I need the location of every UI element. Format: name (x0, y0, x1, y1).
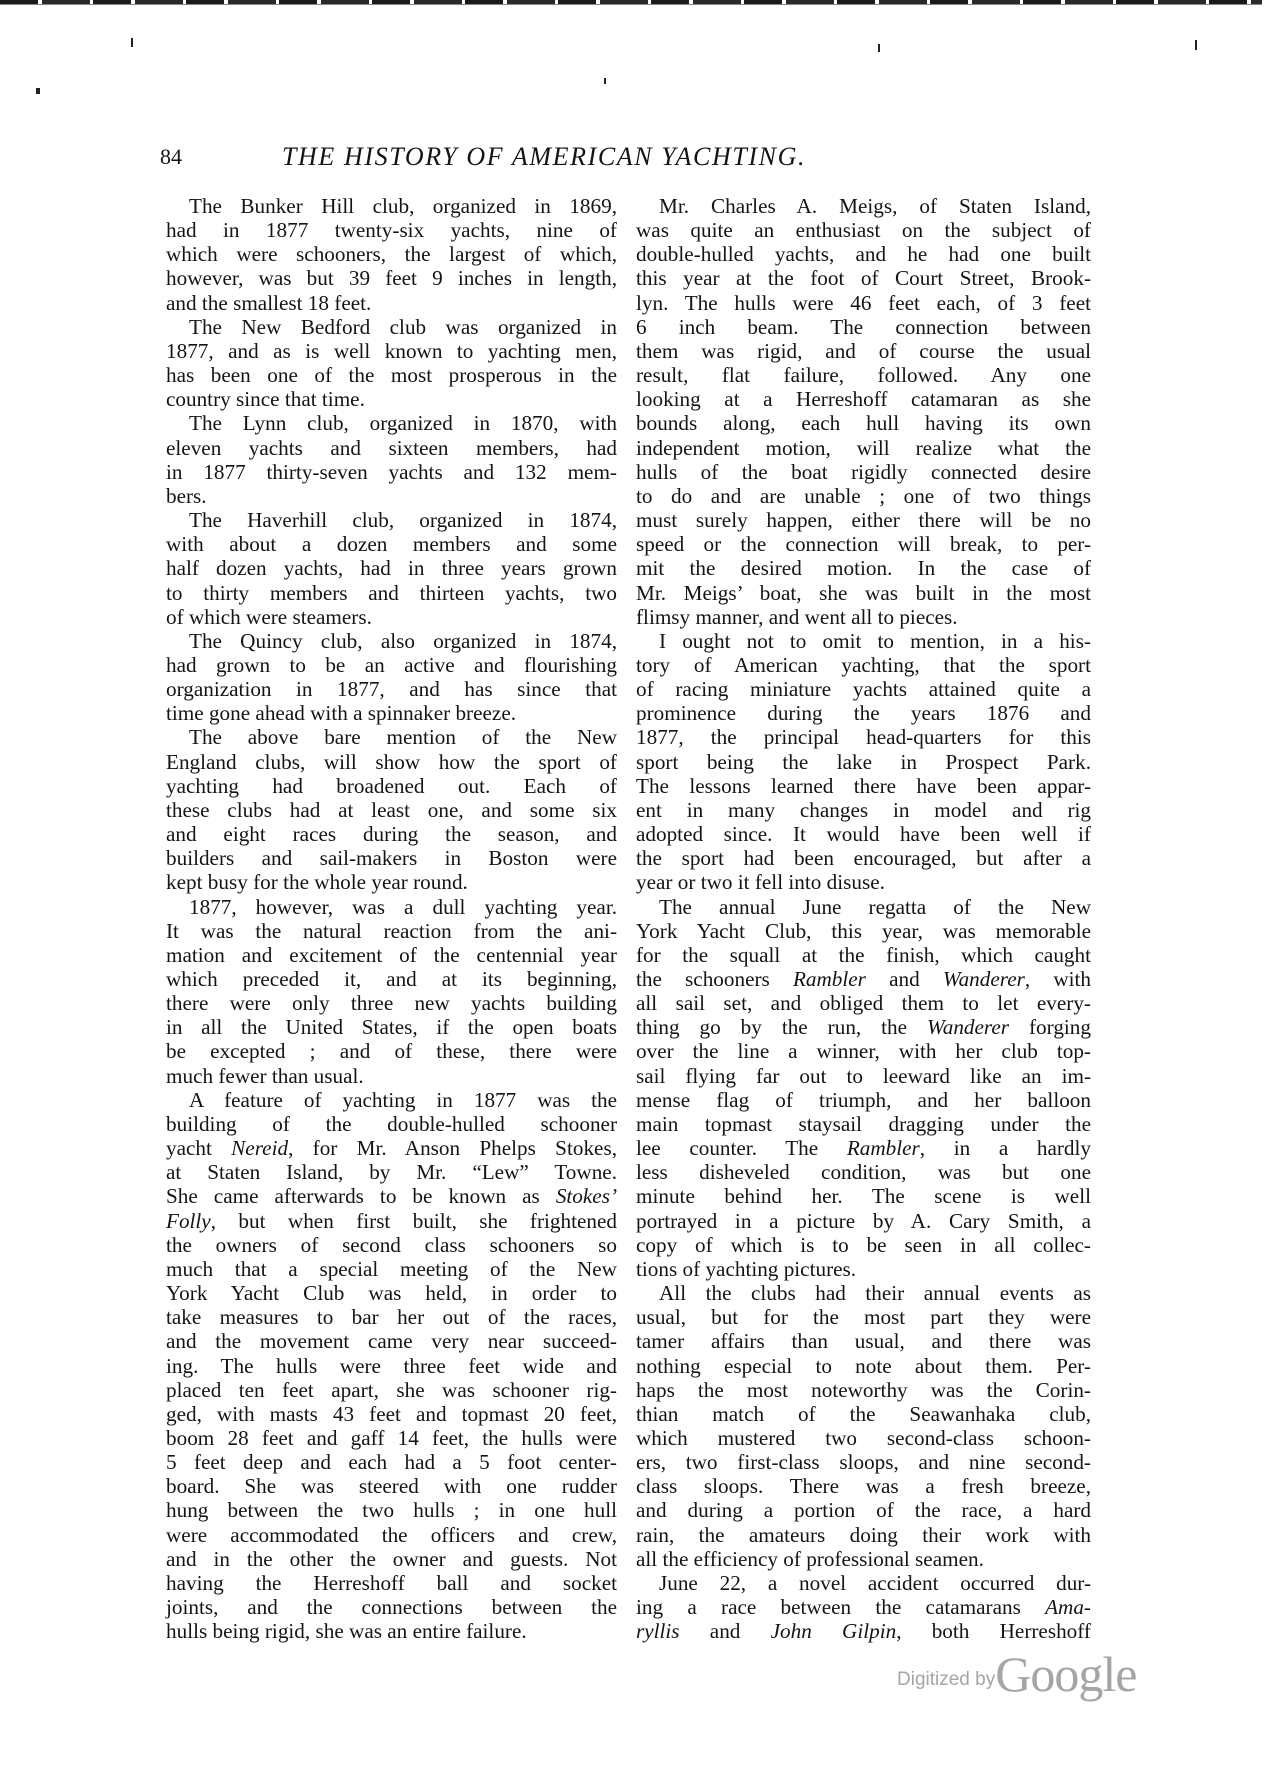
text-line: ing a race between the catamarans Ama- (636, 1595, 1091, 1619)
paragraph: The above bare mention of the NewEngland… (166, 725, 617, 894)
text-line: which mustered two second-class schoon- (636, 1426, 1091, 1450)
italic-vessel-name: Stokes’ (556, 1184, 617, 1208)
text-line: thing go by the run, the Wanderer forgin… (636, 1015, 1091, 1039)
text-line: minute behind her. The scene is well (636, 1184, 1091, 1208)
paragraph: June 22, a novel accident occurred dur-i… (636, 1571, 1091, 1643)
text-line: rain, the amateurs doing their work with (636, 1523, 1091, 1547)
text-line: boom 28 feet and gaff 14 feet, the hulls… (166, 1426, 617, 1450)
text-line: lyn. The hulls were 46 feet each, of 3 f… (636, 291, 1091, 315)
scan-speck (36, 88, 40, 94)
text-line: The Haverhill club, organized in 1874, (166, 508, 617, 532)
text-line: flimsy manner, and went all to pieces. (636, 605, 1091, 629)
digitized-by-google-watermark: Digitized byGoogle (897, 1645, 1136, 1703)
text-line: It was the natural reaction from the ani… (166, 919, 617, 943)
paragraph: The Lynn club, organized in 1870, withel… (166, 411, 617, 508)
text-line: sport being the lake in Prospect Park. (636, 750, 1091, 774)
text-line: June 22, a novel accident occurred dur- (636, 1571, 1091, 1595)
text-line: independent motion, will realize what th… (636, 436, 1091, 460)
paragraph: 1877, however, was a dull yachting year.… (166, 895, 617, 1088)
page-number: 84 (160, 144, 182, 170)
text-line: yacht Nereid, for Mr. Anson Phelps Stoke… (166, 1136, 617, 1160)
paragraph: The annual June regatta of the NewYork Y… (636, 895, 1091, 1282)
text-line: however, was but 39 feet 9 inches in len… (166, 266, 617, 290)
text-line: thian match of the Seawanhaka club, (636, 1402, 1091, 1426)
text-line: of which were steamers. (166, 605, 617, 629)
text-line: kept busy for the whole year round. (166, 870, 617, 894)
text-line: which were schooners, the largest of whi… (166, 242, 617, 266)
text-line: to do and are unable ; one of two things (636, 484, 1091, 508)
watermark-prefix: Digitized by (897, 1669, 995, 1690)
italic-vessel-name: Rambler (847, 1136, 920, 1160)
text-line: haps the most noteworthy was the Corin- (636, 1378, 1091, 1402)
text-line: and in the other the owner and guests. N… (166, 1547, 617, 1571)
text-line: tions of yachting pictures. (636, 1257, 1091, 1281)
text-line: the sport had been encouraged, but after… (636, 846, 1091, 870)
text-line: double-hulled yachts, and he had one bui… (636, 242, 1091, 266)
text-line: had grown to be an active and flourishin… (166, 653, 617, 677)
text-line: The lessons learned there have been appa… (636, 774, 1091, 798)
scan-top-edge-line (0, 4, 1262, 5)
paragraph: The Bunker Hill club, organized in 1869,… (166, 194, 617, 315)
paragraph: The Haverhill club, organized in 1874,wi… (166, 508, 617, 629)
text-line: hulls being rigid, she was an entire fai… (166, 1619, 617, 1643)
text-line: having the Herreshoff ball and socket (166, 1571, 617, 1595)
text-line: of racing miniature yachts attained quit… (636, 677, 1091, 701)
text-line: sail flying far out to leeward like an i… (636, 1064, 1091, 1088)
text-line: all sail set, and obliged them to let ev… (636, 991, 1091, 1015)
text-line: York Yacht Club, this year, was memorabl… (636, 919, 1091, 943)
text-line: over the line a winner, with her club to… (636, 1039, 1091, 1063)
text-line: in all the United States, if the open bo… (166, 1015, 617, 1039)
text-line: The Bunker Hill club, organized in 1869, (166, 194, 617, 218)
text-line: builders and sail-makers in Boston were (166, 846, 617, 870)
text-line: mation and excitement of the centennial … (166, 943, 617, 967)
text-line: 1877, the principal head-quarters for th… (636, 725, 1091, 749)
italic-vessel-name: John Gilpin (771, 1619, 897, 1643)
italic-vessel-name: ryllis (636, 1619, 680, 1643)
text-line: and during a portion of the race, a hard (636, 1498, 1091, 1522)
text-line: must surely happen, either there will be… (636, 508, 1091, 532)
text-line: copy of which is to be seen in all colle… (636, 1233, 1091, 1257)
text-line: The Lynn club, organized in 1870, with (166, 411, 617, 435)
text-line: ers, two first-class sloops, and nine se… (636, 1450, 1091, 1474)
paragraph: All the clubs had their annual events as… (636, 1281, 1091, 1571)
text-line: usual, but for the most part they were (636, 1305, 1091, 1329)
text-line: organization in 1877, and has since that (166, 677, 617, 701)
text-line: bounds along, each hull having its own (636, 411, 1091, 435)
text-line: 5 feet deep and each had a 5 foot center… (166, 1450, 617, 1474)
text-line: there were only three new yachts buildin… (166, 991, 617, 1015)
text-line: these clubs had at least one, and some s… (166, 798, 617, 822)
text-line: A feature of yachting in 1877 was the (166, 1088, 617, 1112)
text-line: has been one of the most prosperous in t… (166, 363, 617, 387)
text-line: looking at a Herreshoff catamaran as she (636, 387, 1091, 411)
text-line: time gone ahead with a spinnaker breeze. (166, 701, 617, 725)
text-line: bers. (166, 484, 617, 508)
text-line: Folly, but when first built, she frighte… (166, 1209, 617, 1233)
text-line: The annual June regatta of the New (636, 895, 1091, 919)
text-line: ged, with masts 43 feet and topmast 20 f… (166, 1402, 617, 1426)
text-line: and the movement came very near succeed- (166, 1329, 617, 1353)
text-line: I ought not to omit to mention, in a his… (636, 629, 1091, 653)
italic-vessel-name: Nereid (231, 1136, 288, 1160)
text-line: country since that time. (166, 387, 617, 411)
paragraph: A feature of yachting in 1877 was thebui… (166, 1088, 617, 1644)
text-line: 6 inch beam. The connection between (636, 315, 1091, 339)
text-line: speed or the connection will break, to p… (636, 532, 1091, 556)
text-line: England clubs, will show how the sport o… (166, 750, 617, 774)
text-line: ing. The hulls were three feet wide and (166, 1354, 617, 1378)
italic-vessel-name: Wanderer (927, 1015, 1009, 1039)
text-line: ent in many changes in model and rig (636, 798, 1091, 822)
text-line: lee counter. The Rambler, in a hardly (636, 1136, 1091, 1160)
text-line: and eight races during the season, and (166, 822, 617, 846)
text-line: mit the desired motion. In the case of (636, 556, 1091, 580)
text-line: All the clubs had their annual events as (636, 1281, 1091, 1305)
italic-vessel-name: Ama- (1045, 1595, 1091, 1619)
left-column: The Bunker Hill club, organized in 1869,… (166, 194, 617, 1643)
paragraph: The New Bedford club was organized in187… (166, 315, 617, 412)
text-line: was quite an enthusiast on the subject o… (636, 218, 1091, 242)
text-line: ryllis and John Gilpin, both Herreshoff (636, 1619, 1091, 1643)
text-line: York Yacht Club was held, in order to (166, 1281, 617, 1305)
text-line: at Staten Island, by Mr. “Lew” Towne. (166, 1160, 617, 1184)
text-line: tamer affairs than usual, and there was (636, 1329, 1091, 1353)
text-line: much that a special meeting of the New (166, 1257, 617, 1281)
text-line: The above bare mention of the New (166, 725, 617, 749)
text-line: 1877, however, was a dull yachting year. (166, 895, 617, 919)
text-line: mense flag of triumph, and her balloon (636, 1088, 1091, 1112)
scan-speck (604, 78, 606, 84)
text-line: this year at the foot of Court Street, B… (636, 266, 1091, 290)
text-line: portrayed in a picture by A. Cary Smith,… (636, 1209, 1091, 1233)
text-line: be excepted ; and of these, there were (166, 1039, 617, 1063)
text-line: much fewer than usual. (166, 1064, 617, 1088)
text-line: yachting had broadened out. Each of (166, 774, 617, 798)
italic-vessel-name: Rambler (793, 967, 866, 991)
text-line: the schooners Rambler and Wanderer, with (636, 967, 1091, 991)
text-line: which preceded it, and at its beginning, (166, 967, 617, 991)
text-line: them was rigid, and of course the usual (636, 339, 1091, 363)
text-line: hulls of the boat rigidly connected desi… (636, 460, 1091, 484)
text-line: had in 1877 twenty-six yachts, nine of (166, 218, 617, 242)
page-header: 84 THE HISTORY OF AMERICAN YACHTING. (0, 140, 1275, 180)
text-line: joints, and the connections between the (166, 1595, 617, 1619)
text-line: all the efficiency of professional seame… (636, 1547, 1091, 1571)
scan-speck (1195, 40, 1197, 50)
text-line: the owners of second class schooners so (166, 1233, 617, 1257)
text-line: for the squall at the finish, which caug… (636, 943, 1091, 967)
text-line: building of the double-hulled schooner (166, 1112, 617, 1136)
text-line: hung between the two hulls ; in one hull (166, 1498, 617, 1522)
text-line: in 1877 thirty-seven yachts and 132 mem- (166, 460, 617, 484)
scan-speck (131, 38, 133, 47)
text-line: The Quincy club, also organized in 1874, (166, 629, 617, 653)
text-line: with about a dozen members and some (166, 532, 617, 556)
text-line: eleven yachts and sixteen members, had (166, 436, 617, 460)
text-line: board. She was steered with one rudder (166, 1474, 617, 1498)
text-line: take measures to bar her out of the race… (166, 1305, 617, 1329)
text-line: tory of American yachting, that the spor… (636, 653, 1091, 677)
text-line: class sloops. There was a fresh breeze, (636, 1474, 1091, 1498)
text-line: placed ten feet apart, she was schooner … (166, 1378, 617, 1402)
right-column: Mr. Charles A. Meigs, of Staten Island,w… (636, 194, 1091, 1643)
paragraph: The Quincy club, also organized in 1874,… (166, 629, 617, 726)
text-line: The New Bedford club was organized in (166, 315, 617, 339)
google-logo: Google (995, 1646, 1136, 1702)
text-line: Mr. Charles A. Meigs, of Staten Island, (636, 194, 1091, 218)
text-line: to thirty members and thirteen yachts, t… (166, 581, 617, 605)
paragraph: I ought not to omit to mention, in a his… (636, 629, 1091, 895)
paragraph: Mr. Charles A. Meigs, of Staten Island,w… (636, 194, 1091, 629)
scan-speck (878, 44, 880, 52)
text-line: less disheveled condition, was but one (636, 1160, 1091, 1184)
text-line: Mr. Meigs’ boat, she was built in the mo… (636, 581, 1091, 605)
text-line: half dozen yachts, had in three years gr… (166, 556, 617, 580)
italic-vessel-name: Wanderer (943, 967, 1025, 991)
text-line: result, flat failure, followed. Any one (636, 363, 1091, 387)
text-line: main topmast staysail dragging under the (636, 1112, 1091, 1136)
italic-vessel-name: Folly (166, 1209, 211, 1233)
text-line: 1877, and as is well known to yachting m… (166, 339, 617, 363)
text-line: year or two it fell into disuse. (636, 870, 1091, 894)
text-line: prominence during the years 1876 and (636, 701, 1091, 725)
text-line: were accommodated the officers and crew, (166, 1523, 617, 1547)
running-title: THE HISTORY OF AMERICAN YACHTING. (282, 142, 806, 172)
text-line: nothing especial to note about them. Per… (636, 1354, 1091, 1378)
text-line: and the smallest 18 feet. (166, 291, 617, 315)
text-line: She came afterwards to be known as Stoke… (166, 1184, 617, 1208)
text-line: adopted since. It would have been well i… (636, 822, 1091, 846)
